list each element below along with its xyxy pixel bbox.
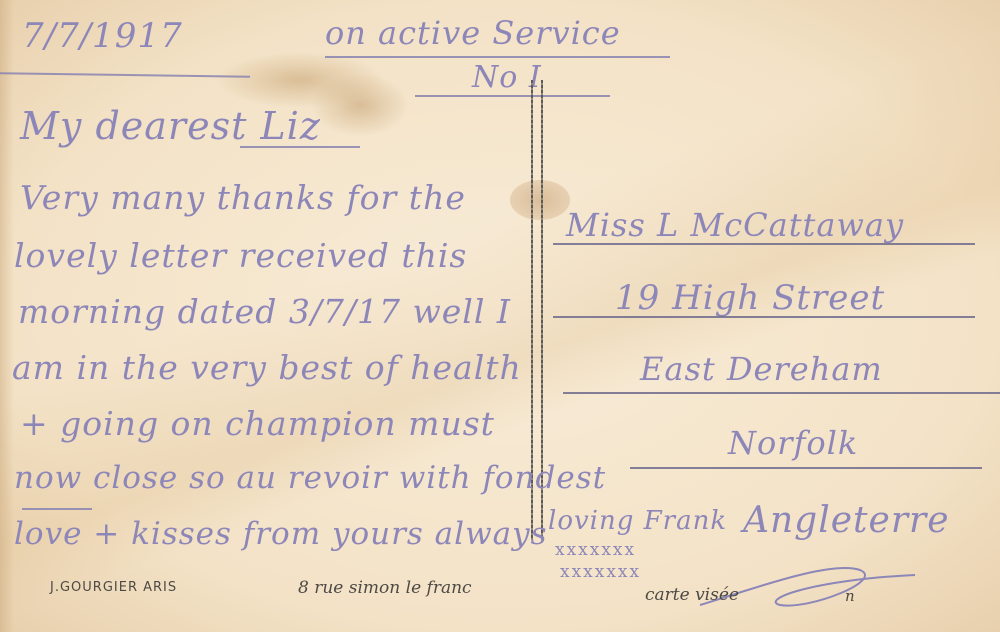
message-line-5: + going on champion must	[20, 404, 495, 443]
service-underline	[325, 56, 670, 58]
message-line-4: am in the very best of health	[12, 348, 522, 387]
date-underline	[0, 72, 250, 77]
publisher-name: J.GOURGIER ARIS	[50, 580, 177, 595]
message-line-3: morning dated 3/7/17 well I	[18, 292, 511, 331]
postcard-back: 7/7/1917 on active Service No I My deare…	[0, 0, 1000, 632]
address-rule-3	[563, 392, 1000, 394]
address-line-3: East Dereham	[640, 350, 883, 388]
service-note: on active Service	[325, 14, 621, 52]
message-line-7: love + kisses from yours always	[14, 516, 548, 552]
address-line-2: 19 High Street	[615, 278, 885, 318]
publisher-address: 8 rue simon le franc	[298, 578, 472, 598]
now-underline	[22, 508, 92, 510]
salutation: My dearest Liz	[20, 104, 321, 148]
address-line-1: Miss L McCattaway	[566, 206, 904, 244]
kisses-line-2: xxxxxxx	[560, 562, 641, 582]
salutation-underline	[240, 146, 360, 148]
address-rule-2	[553, 316, 975, 318]
censor-suffix: n	[845, 587, 855, 605]
date-text: 7/7/1917	[22, 16, 183, 56]
censor-mark: carte visée	[645, 585, 739, 605]
message-line-2: lovely letter received this	[14, 236, 467, 275]
address-rule-4	[630, 467, 982, 469]
stain-mark	[510, 180, 570, 220]
kisses-line-1: xxxxxxx	[555, 540, 636, 560]
country: Angleterre	[743, 500, 950, 541]
paper-edge-shadow	[0, 0, 14, 632]
message-line-6: now close so au revoir with fondest	[14, 460, 606, 496]
message-line-1: Very many thanks for the	[20, 178, 466, 217]
address-line-4: Norfolk	[728, 424, 858, 462]
number-underline	[415, 95, 610, 97]
address-rule-1	[553, 243, 975, 245]
signature: loving Frank	[548, 506, 727, 536]
